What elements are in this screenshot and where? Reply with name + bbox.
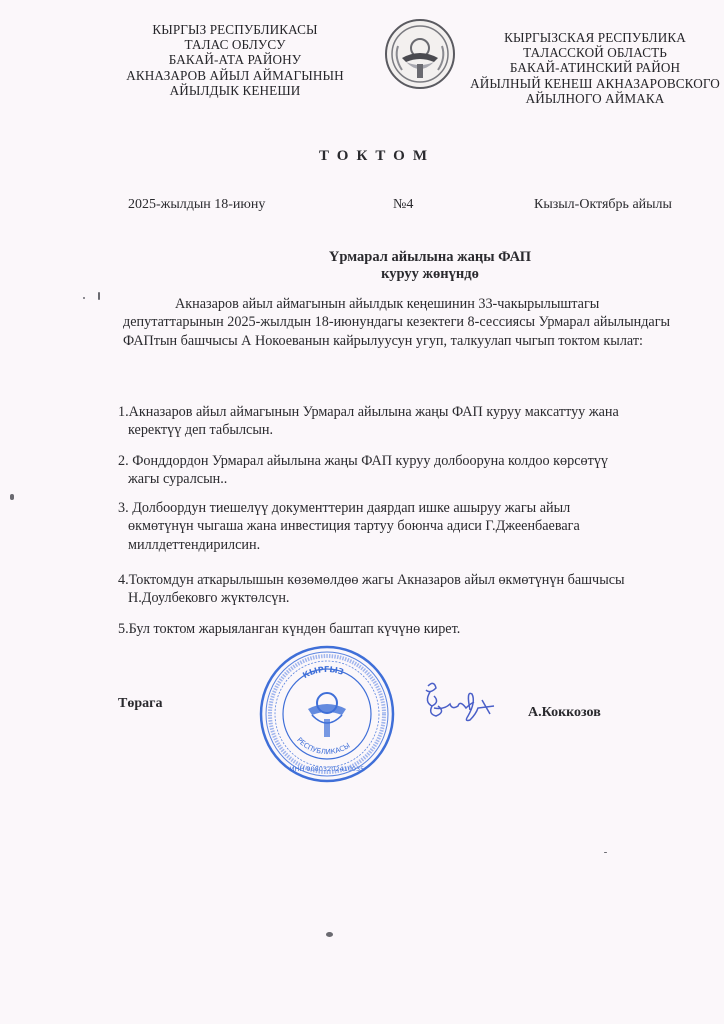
scan-artifact [98, 292, 100, 300]
header-line: ТАЛАС ОБЛУСУ [110, 37, 360, 52]
resolution-item-2: 2. Фонддордон Урмарал айылына жаңы ФАП к… [118, 452, 683, 489]
item-continuation: керектүү деп табылсын. [118, 421, 683, 439]
header-russian: КЫРГЫЗСКАЯ РЕСПУБЛИКА ТАЛАССКОЙ ОБЛАСТЬ … [470, 30, 720, 106]
seal-inn-text: ИНН 00803202410035 [290, 765, 365, 773]
subject-line: куруу жөнүндө [290, 266, 570, 283]
document-date: 2025-жылдын 18-июну [128, 197, 265, 213]
resolution-item-3: 3. Долбоордун тиешелүү документтерин дая… [118, 499, 683, 554]
header-line: АЙЫЛНЫЙ КЕНЕШ АКНАЗАРОВСКОГО [470, 76, 720, 91]
header-line: АКНАЗАРОВ АЙЫЛ АЙМАГЫНЫН [110, 68, 360, 83]
header-line: БАКАЙ-АТА РАЙОНУ [110, 52, 360, 67]
item-first-line: 5.Бул токтом жарыяланган күндөн баштап к… [118, 621, 460, 637]
document-page: КЫРГЫЗ РЕСПУБЛИКАСЫ ТАЛАС ОБЛУСУ БАКАЙ-А… [0, 0, 724, 1024]
chair-role: Төрага [118, 696, 162, 712]
item-first-line: 4.Токтомдун аткарылышын көзөмөлдөө жагы … [118, 572, 625, 588]
scan-artifact [326, 932, 333, 937]
document-number: №4 [393, 197, 413, 213]
resolution-item-5: 5.Бул токтом жарыяланган күндөн баштап к… [118, 620, 683, 638]
svg-text:КЫРГЫЗ: КЫРГЫЗ [301, 665, 345, 680]
item-continuation: жагы суралсын.. [118, 470, 683, 488]
preamble-text: Акназаров айыл аймагынын айылдык кеңешин… [123, 296, 670, 349]
signer-name: А.Коккозов [528, 705, 601, 721]
document-title: ТОКТОМ [0, 148, 724, 165]
document-place: Кызыл-Октябрь айылы [534, 197, 672, 213]
item-first-line: 2. Фонддордон Урмарал айылына жаңы ФАП к… [118, 453, 608, 469]
preamble-paragraph: Акназаров айыл аймагынын айылдык кеңешин… [123, 295, 678, 350]
state-emblem-icon [384, 18, 456, 90]
header-kyrgyz: КЫРГЫЗ РЕСПУБЛИКАСЫ ТАЛАС ОБЛУСУ БАКАЙ-А… [110, 22, 360, 98]
resolution-item-1: 1.Акназаров айыл аймагынын Урмарал айылы… [118, 403, 683, 440]
official-seal-icon: КЫРГЫЗ РЕСПУБЛИКАСЫ ИНН 00803202410035 [258, 645, 396, 783]
header-line: ТАЛАССКОЙ ОБЛАСТЬ [470, 45, 720, 60]
header-line: АЙЫЛДЫК КЕНЕШИ [110, 83, 360, 98]
header-line: КЫРГЫЗ РЕСПУБЛИКАСЫ [110, 22, 360, 37]
item-continuation: Н.Доулбековго жүктөлсүн. [118, 589, 683, 607]
seal-bottom-text: РЕСПУБЛИКАСЫ [295, 736, 351, 756]
seal-top-text: КЫРГЫЗ [301, 665, 345, 680]
header-line: КЫРГЫЗСКАЯ РЕСПУБЛИКА [470, 30, 720, 45]
header-line: БАКАЙ-АТИНСКИЙ РАЙОН [470, 60, 720, 75]
scan-artifact [10, 494, 14, 500]
svg-text:РЕСПУБЛИКАСЫ: РЕСПУБЛИКАСЫ [295, 736, 351, 756]
scan-artifact [83, 297, 85, 299]
item-first-line: 1.Акназаров айыл аймагынын Урмарал айылы… [118, 404, 619, 420]
header-line: АЙЫЛНОГО АЙМАКА [470, 91, 720, 106]
item-continuation: өкмөтүнүн чыгаша жана инвестиция тартуу … [118, 517, 683, 554]
item-first-line: 3. Долбоордун тиешелүү документтерин дая… [118, 500, 570, 516]
subject-line: Үрмарал айылына жаңы ФАП [290, 249, 570, 266]
handwritten-signature-icon [420, 680, 500, 725]
scan-artifact [604, 852, 607, 853]
resolution-item-4: 4.Токтомдун аткарылышын көзөмөлдөө жагы … [118, 571, 683, 608]
document-subject: Үрмарал айылына жаңы ФАП куруу жөнүндө [290, 249, 570, 283]
